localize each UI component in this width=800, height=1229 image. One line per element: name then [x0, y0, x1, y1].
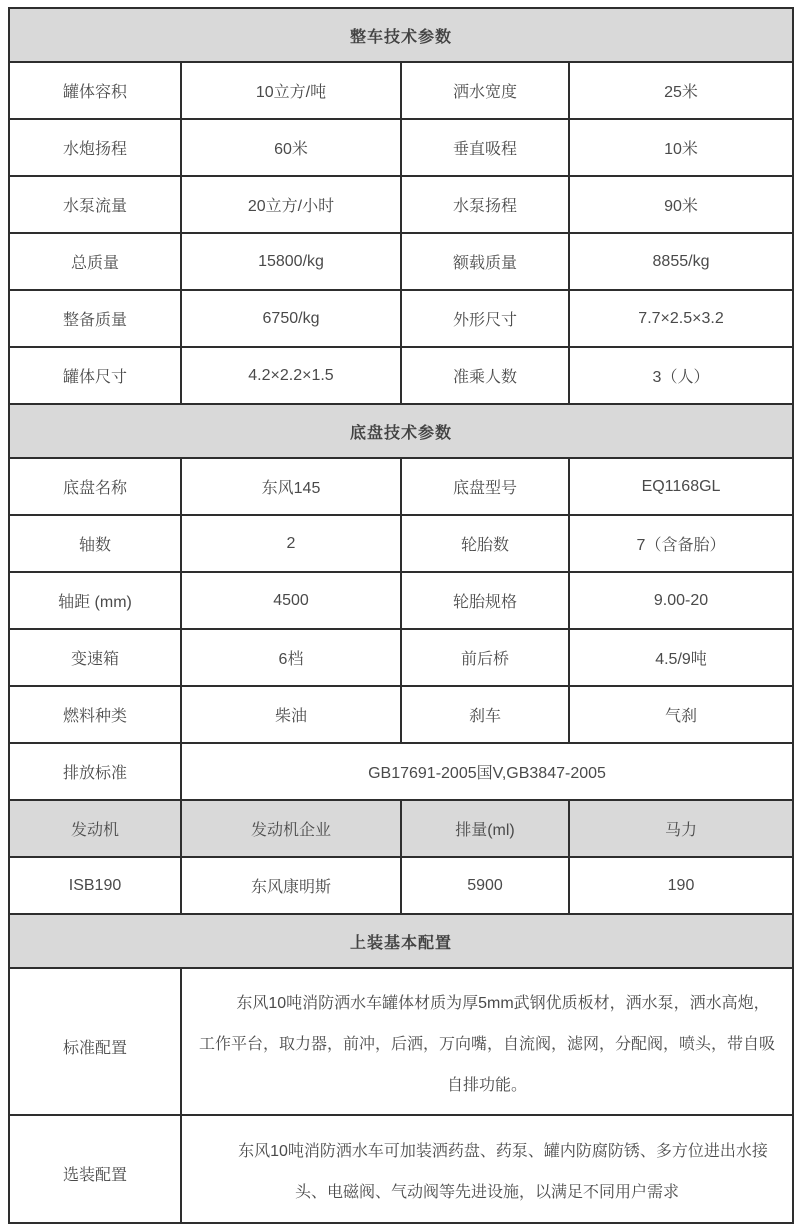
- optional-config-text: 东风10吨消防洒水车可加装洒药盘、药泵、罐内防腐防锈、多方位进出水接头、电磁阀、…: [181, 1115, 793, 1223]
- spec-label-cell: 轮胎规格: [401, 572, 569, 629]
- spec-label-cell: 准乘人数: [401, 347, 569, 404]
- spec-label-cell: 水泵扬程: [401, 176, 569, 233]
- table-row: 整备质量 6750/kg 外形尺寸 7.7×2.5×3.2: [9, 290, 793, 347]
- standard-config-row: 标准配置 东风10吨消防洒水车罐体材质为厚5mm武钢优质板材，洒水泵，洒水高炮，…: [9, 968, 793, 1115]
- engine-header-row: 发动机 发动机企业 排量(ml) 马力: [9, 800, 793, 857]
- engine-value-cell: 190: [569, 857, 793, 914]
- spec-value-cell: 4.2×2.2×1.5: [181, 347, 401, 404]
- emission-row: 排放标准 GB17691-2005国V,GB3847-2005: [9, 743, 793, 800]
- spec-value-cell: 10立方/吨: [181, 62, 401, 119]
- engine-value-cell: 5900: [401, 857, 569, 914]
- spec-value-cell: 4500: [181, 572, 401, 629]
- section-title-config: 上装基本配置: [9, 914, 793, 968]
- config-label-cell: 选装配置: [9, 1115, 181, 1223]
- engine-value-cell: 东风康明斯: [181, 857, 401, 914]
- spec-label-cell: 洒水宽度: [401, 62, 569, 119]
- engine-header-cell: 排量(ml): [401, 800, 569, 857]
- spec-label-cell: 前后桥: [401, 629, 569, 686]
- spec-value-cell: 20立方/小时: [181, 176, 401, 233]
- table-row: 总质量 15800/kg 额载质量 8855/kg: [9, 233, 793, 290]
- spec-value-cell: 柴油: [181, 686, 401, 743]
- table-row: 轴距 (mm) 4500 轮胎规格 9.00-20: [9, 572, 793, 629]
- spec-value-cell: 4.5/9吨: [569, 629, 793, 686]
- spec-label-cell: 轮胎数: [401, 515, 569, 572]
- table-row: 变速箱 6档 前后桥 4.5/9吨: [9, 629, 793, 686]
- vehicle-spec-table: 整车技术参数 罐体容积 10立方/吨 洒水宽度 25米 水炮扬程 60米 垂直吸…: [8, 7, 794, 1224]
- engine-header-cell: 发动机企业: [181, 800, 401, 857]
- section-header-vehicle: 整车技术参数: [9, 8, 793, 62]
- spec-value-cell: 东风145: [181, 458, 401, 515]
- spec-label-cell: 罐体容积: [9, 62, 181, 119]
- spec-value-cell: 6档: [181, 629, 401, 686]
- engine-value-row: ISB190 东风康明斯 5900 190: [9, 857, 793, 914]
- optional-config-row: 选装配置 东风10吨消防洒水车可加装洒药盘、药泵、罐内防腐防锈、多方位进出水接头…: [9, 1115, 793, 1223]
- engine-header-cell: 发动机: [9, 800, 181, 857]
- spec-label-cell: 水炮扬程: [9, 119, 181, 176]
- spec-value-cell: 3（人）: [569, 347, 793, 404]
- spec-value-cell: 气刹: [569, 686, 793, 743]
- spec-value-cell: EQ1168GL: [569, 458, 793, 515]
- spec-value-cell: 7（含备胎）: [569, 515, 793, 572]
- spec-label-cell: 变速箱: [9, 629, 181, 686]
- spec-value-cell: 7.7×2.5×3.2: [569, 290, 793, 347]
- section-header-chassis: 底盘技术参数: [9, 404, 793, 458]
- spec-value-cell: 60米: [181, 119, 401, 176]
- spec-label-cell: 总质量: [9, 233, 181, 290]
- spec-label-cell: 罐体尺寸: [9, 347, 181, 404]
- spec-label-cell: 轴距 (mm): [9, 572, 181, 629]
- section-title-chassis: 底盘技术参数: [9, 404, 793, 458]
- engine-value-cell: ISB190: [9, 857, 181, 914]
- table-row: 水炮扬程 60米 垂直吸程 10米: [9, 119, 793, 176]
- table-row: 罐体容积 10立方/吨 洒水宽度 25米: [9, 62, 793, 119]
- table-row: 燃料种类 柴油 刹车 气刹: [9, 686, 793, 743]
- section-header-config: 上装基本配置: [9, 914, 793, 968]
- spec-value-cell: 10米: [569, 119, 793, 176]
- spec-value-cell: 15800/kg: [181, 233, 401, 290]
- spec-label-cell: 底盘名称: [9, 458, 181, 515]
- spec-label-cell: 排放标准: [9, 743, 181, 800]
- spec-value-cell: 90米: [569, 176, 793, 233]
- spec-value-cell: 25米: [569, 62, 793, 119]
- table-row: 轴数 2 轮胎数 7（含备胎）: [9, 515, 793, 572]
- standard-config-text: 东风10吨消防洒水车罐体材质为厚5mm武钢优质板材，洒水泵，洒水高炮，工作平台，…: [181, 968, 793, 1115]
- spec-value-cell: 9.00-20: [569, 572, 793, 629]
- section-title-vehicle: 整车技术参数: [9, 8, 793, 62]
- spec-label-cell: 水泵流量: [9, 176, 181, 233]
- spec-label-cell: 外形尺寸: [401, 290, 569, 347]
- engine-header-cell: 马力: [569, 800, 793, 857]
- spec-value-cell: 8855/kg: [569, 233, 793, 290]
- config-label-cell: 标准配置: [9, 968, 181, 1115]
- table-row: 水泵流量 20立方/小时 水泵扬程 90米: [9, 176, 793, 233]
- table-row: 底盘名称 东风145 底盘型号 EQ1168GL: [9, 458, 793, 515]
- spec-label-cell: 垂直吸程: [401, 119, 569, 176]
- spec-label-cell: 额载质量: [401, 233, 569, 290]
- spec-label-cell: 整备质量: [9, 290, 181, 347]
- spec-label-cell: 刹车: [401, 686, 569, 743]
- spec-label-cell: 燃料种类: [9, 686, 181, 743]
- table-row: 罐体尺寸 4.2×2.2×1.5 准乘人数 3（人）: [9, 347, 793, 404]
- emission-value-cell: GB17691-2005国V,GB3847-2005: [181, 743, 793, 800]
- spec-value-cell: 6750/kg: [181, 290, 401, 347]
- page: 整车技术参数 罐体容积 10立方/吨 洒水宽度 25米 水炮扬程 60米 垂直吸…: [0, 0, 800, 1229]
- spec-value-cell: 2: [181, 515, 401, 572]
- spec-label-cell: 轴数: [9, 515, 181, 572]
- spec-label-cell: 底盘型号: [401, 458, 569, 515]
